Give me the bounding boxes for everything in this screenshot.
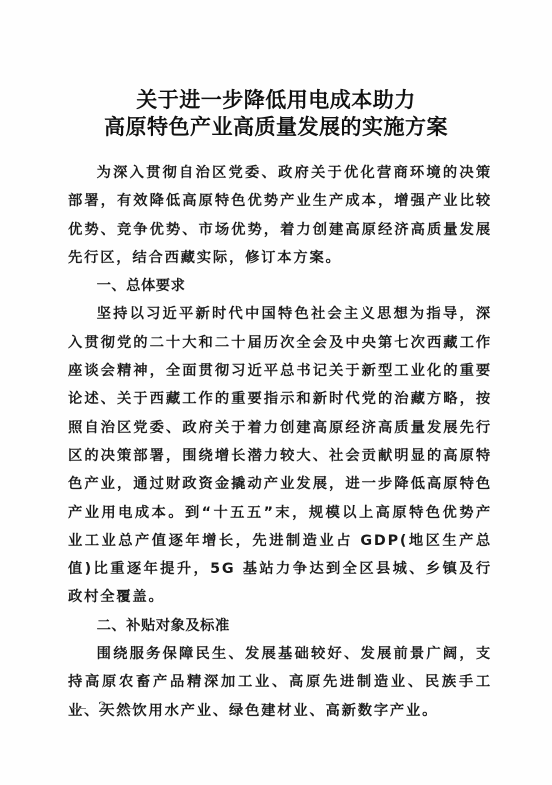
- page-number: 2: [98, 700, 107, 716]
- right-dash-decoration: [119, 708, 133, 709]
- section-heading-general-requirements: 一、总体要求: [68, 272, 492, 300]
- document-title-line-2: 高原特色产业高质量发展的实施方案: [0, 113, 552, 140]
- section-heading-subsidy-targets: 二、补贴对象及标准: [68, 612, 492, 640]
- document-page: 关于进一步降低用电成本助力 高原特色产业高质量发展的实施方案 为深入贯彻自治区党…: [0, 0, 552, 785]
- document-title-line-1: 关于进一步降低用电成本助力: [0, 86, 552, 113]
- general-requirements-paragraph: 坚持以习近平新时代中国特色社会主义思想为指导，深入贯彻党的二十大和二十届历次全会…: [68, 300, 492, 611]
- document-body: 为深入贯彻自治区党委、政府关于优化营商环境的决策部署，有效降低高原特色优势产业生…: [68, 159, 492, 725]
- left-dash-decoration: [72, 708, 86, 709]
- intro-paragraph: 为深入贯彻自治区党委、政府关于优化营商环境的决策部署，有效降低高原特色优势产业生…: [68, 159, 492, 272]
- page-footer: 2: [72, 700, 133, 716]
